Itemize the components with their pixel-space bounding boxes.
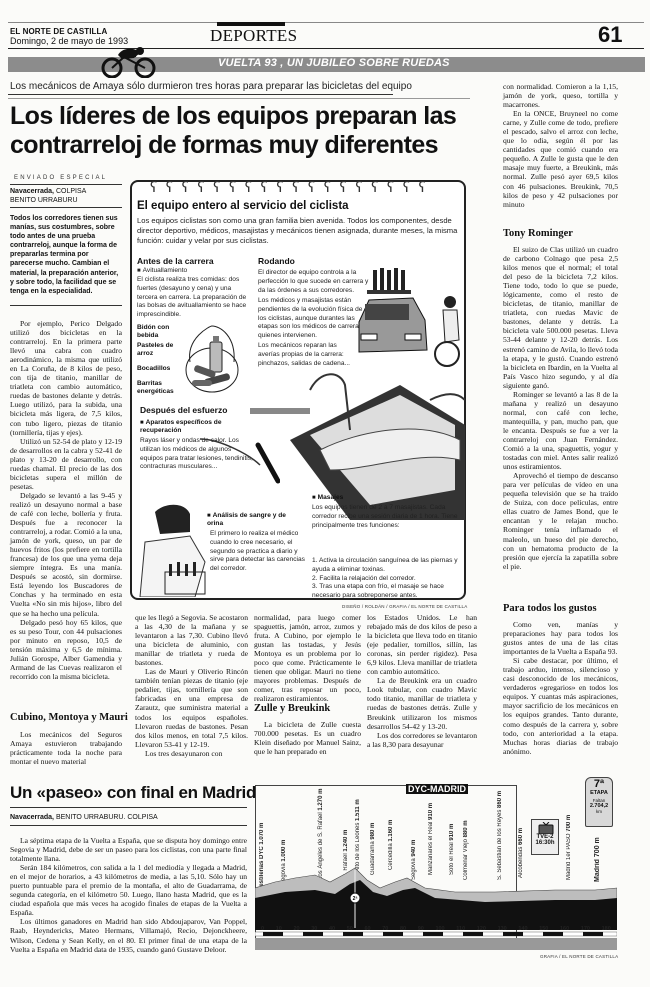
article-right-column: con normalidad. Comieron a la 1,15, jamó… [503,82,618,209]
km-tick: 110 [456,926,465,936]
article-lead: Todos los corredores tienen sus manías, … [10,214,122,296]
divider [10,207,122,208]
paragraph: Serán 184 kilómetros, con salida a la 1 … [10,863,247,917]
massage-illustration [280,370,465,520]
section-heading-rodando: Rodando [258,256,295,266]
byline-place: Navacerrada, [10,814,54,821]
team-car-icon [355,262,465,372]
subhead: Tony Rominger [503,228,573,239]
article-column-4: los Estados Unidos. Le han rebajado más … [367,613,477,749]
label-pasteles: Pasteles de arroz [137,342,177,358]
paragraph: Rominger se levantó a las 8 de la mañana… [503,390,618,471]
section-title: DEPORTES [210,26,297,46]
item-masajes-text: Los equipos tienen de 2 a 7 masajistas. … [312,504,462,530]
byline: Navacerrada, COLPISA BENITO URRABURU [10,187,86,205]
cyclist-icon [100,45,158,78]
km-tick: 90 [418,926,424,936]
paragraph: con normalidad. Comieron a la 1,15, jamó… [503,82,618,109]
tv-broadcast-box: TVE-2 16:30h [531,819,559,855]
article-right-column-mid: El suizo de Clas utilizó un cuadro de ca… [503,245,618,571]
item-masajes-title: Masajes [312,494,343,502]
article-column-3-cont: La bicicleta de Zulle cuesta 700.000 pes… [254,720,361,756]
paragraph: Como ven, manías y preparaciones hay par… [503,620,618,656]
byline-place: Navacerrada, [10,188,54,195]
km-tick: 0 [261,926,264,936]
km-tick: 10 [276,926,282,936]
article-right-column-bottom: Como ven, manías y preparaciones hay par… [503,620,618,756]
masthead-top-rule [8,22,644,23]
km-tick: 150 [539,926,548,936]
label-bocadillos: Bocadillos [137,365,177,373]
second-byline: Navacerrada, BENITO URRABURU. COLPISA [10,813,158,822]
km-tick: 70 [382,926,388,936]
antes-text: El ciclista realiza tres comidas: dos fu… [137,276,249,320]
paragraph: Los mecánicos del Seguros Amaya estuvier… [10,730,122,766]
paragraph: Los tres desayunaron con [135,749,248,758]
article-column-1-cont: Los mecánicos del Seguros Amaya estuvier… [10,730,122,766]
byline-author: BENITO URRABURU [10,197,78,204]
television-icon [538,822,554,834]
item-avituallamiento: Avituallamiento [137,267,187,276]
paragraph: El suizo de Clas utilizó un cuadro de ca… [503,245,618,390]
km-tick: 170 [581,926,590,936]
paragraph: Por ejemplo, Perico Delgado utilizó dos … [10,319,122,437]
article-column-1: Por ejemplo, Perico Delgado utilizó dos … [10,319,122,681]
summit-marker: 2ª [353,896,358,902]
subhead: Cubino, Montoya y Mauri [10,712,128,723]
article-column-2: que les llegó a Segovia. Se acostaron a … [135,613,248,758]
stage-profile-tag: DYC-MADRID [406,784,468,794]
masaje-function: 2. Facilita la relajación del corredor. [312,575,464,584]
km-tick: 40 [329,926,335,936]
subhead: Para todos los gustos [503,603,597,614]
paragraph: Delgado pesó hoy 65 kilos, que es su pes… [10,618,122,681]
doctor-microscope-icon [135,502,215,597]
infographic-intro: Los equipos ciclistas son como una gran … [137,216,462,246]
decorative-border: ʕ ʕ ʕ ʕ ʕ ʕ ʕ ʕ ʕ ʕ ʕ ʕ ʕ ʕ ʕ ʕ ʕ ʕ [150,180,465,197]
km-axis: 0 10 20 30 40 50 60 70 80 90 100 110 120… [255,926,617,936]
heading-bar [250,408,310,414]
km-tick: 60 [364,926,370,936]
masaje-functions: 1. Activa la circulación sanguínea de la… [312,557,464,601]
paragraph: que les llegó a Segovia. Se acostaron a … [135,613,248,667]
food-bag-icon [180,318,245,396]
paragraph: En la ONCE, Bruyneel no come carne, y Zu… [503,109,618,209]
byline-agency: COLPISA [56,188,86,195]
km-tick: 80 [400,926,406,936]
masaje-function: 1. Activa la circulación sanguínea de la… [312,557,464,575]
subhead: Zulle y Breukink [254,703,330,714]
km-tick: 100 [435,926,444,936]
divider [8,98,470,99]
stage-sign: 7ª ETAPA Faltan 2.704,2 km [585,777,613,827]
item-analisis-title: Análisis de sangre y de orina [207,512,302,528]
section-heading-despues: Después del esfuerzo [140,405,227,415]
byline-label: ENVIADO ESPECIAL [14,175,107,181]
item-recuperacion-title: Aparatos específicos de recuperación [140,419,240,435]
section-heading-antes: Antes de la carrera [137,256,214,266]
divider [10,305,122,306]
stage-label: ETAPA [586,790,612,796]
paragraph: Delgado se levantó a las 9-45 y realizó … [10,491,122,618]
paragraph: Aprovechó el tiempo de descanso para ver… [503,471,618,571]
divider [10,825,247,826]
km-tick: 140 [518,926,527,936]
km-tick: 30 [311,926,317,936]
paragraph: Utilizó un 52-54 de plato y 12-19 de des… [10,437,122,491]
elevation-profile: 2ª [255,860,617,950]
rodando-text-mecanicos: Los mecánicos reparan las averías propia… [258,342,360,368]
label-bidon: Bidón con bebida [137,324,177,340]
infographic-title: El equipo entero al servicio del ciclist… [137,200,349,212]
main-headline: Los líderes de los equipos preparan las … [10,102,480,160]
km-tick: 160 [560,926,569,936]
paragraph: Los dos corredores se levantaron a las 8… [367,731,477,749]
paragraph: Las de Mauri y Oliverio Rincón también t… [135,667,248,748]
label-barritas: Barritas energéticas [137,380,177,396]
newspaper-name: EL NORTE DE CASTILLA [10,27,107,36]
divider [8,94,393,95]
article-column-3: normalidad, para luego comer spaguettis,… [254,613,361,703]
km-tick: 180 [602,926,611,936]
series-banner-title: VUELTA 93 , UN JUBILEO SOBRE RUEDAS [218,57,450,69]
item-analisis-text: El primero lo realiza el médico cuando l… [210,530,305,574]
divider [10,807,247,808]
km-tick: 50 [347,926,353,936]
paragraph: Si cabe destacar, por último, el trabajo… [503,656,618,756]
profile-credit: GRAFIA / EL NORTE DE CASTILLA [540,954,618,959]
stage-number: 7ª [586,778,612,790]
laser-pen-icon [200,435,280,485]
paragraph: La bicicleta de Zulle cuesta 700.000 pes… [254,720,361,756]
tv-time: 16:30h [532,840,558,846]
paragraph: los Estados Unidos. Le han rebajado más … [367,613,477,676]
byline-author: BENITO URRABURU. COLPISA [56,814,158,821]
remaining-unit: km [586,809,612,814]
km-tick: 20 [293,926,299,936]
paragraph: Los últimos ganadores en Madrid han sido… [10,917,247,953]
divider [10,184,122,185]
infographic-credit: DISEÑO / ROLDÁN / GRAFIA / EL NORTE DE C… [342,604,467,609]
article-kicker: Los mecánicos de Amaya sólo durmieron tr… [10,81,412,92]
paragraph: La séptima etapa de la Vuelta a España, … [10,836,247,863]
km-tick: 130 [498,926,507,936]
page-number: 61 [598,22,622,48]
second-article-body: La séptima etapa de la Vuelta a España, … [10,836,247,954]
km-tick: 120 [477,926,486,936]
rodando-text-medicos: Los médicos y masajistas están pendiente… [258,297,366,341]
paragraph: La de Breukink era un cuadro Look tubula… [367,676,477,730]
second-headline: Un «paseo» con final en Madrid [10,783,256,803]
paragraph: normalidad, para luego comer spaguettis,… [254,613,361,703]
masaje-function: 3. Tras una etapa con frío, el masaje se… [312,583,464,601]
